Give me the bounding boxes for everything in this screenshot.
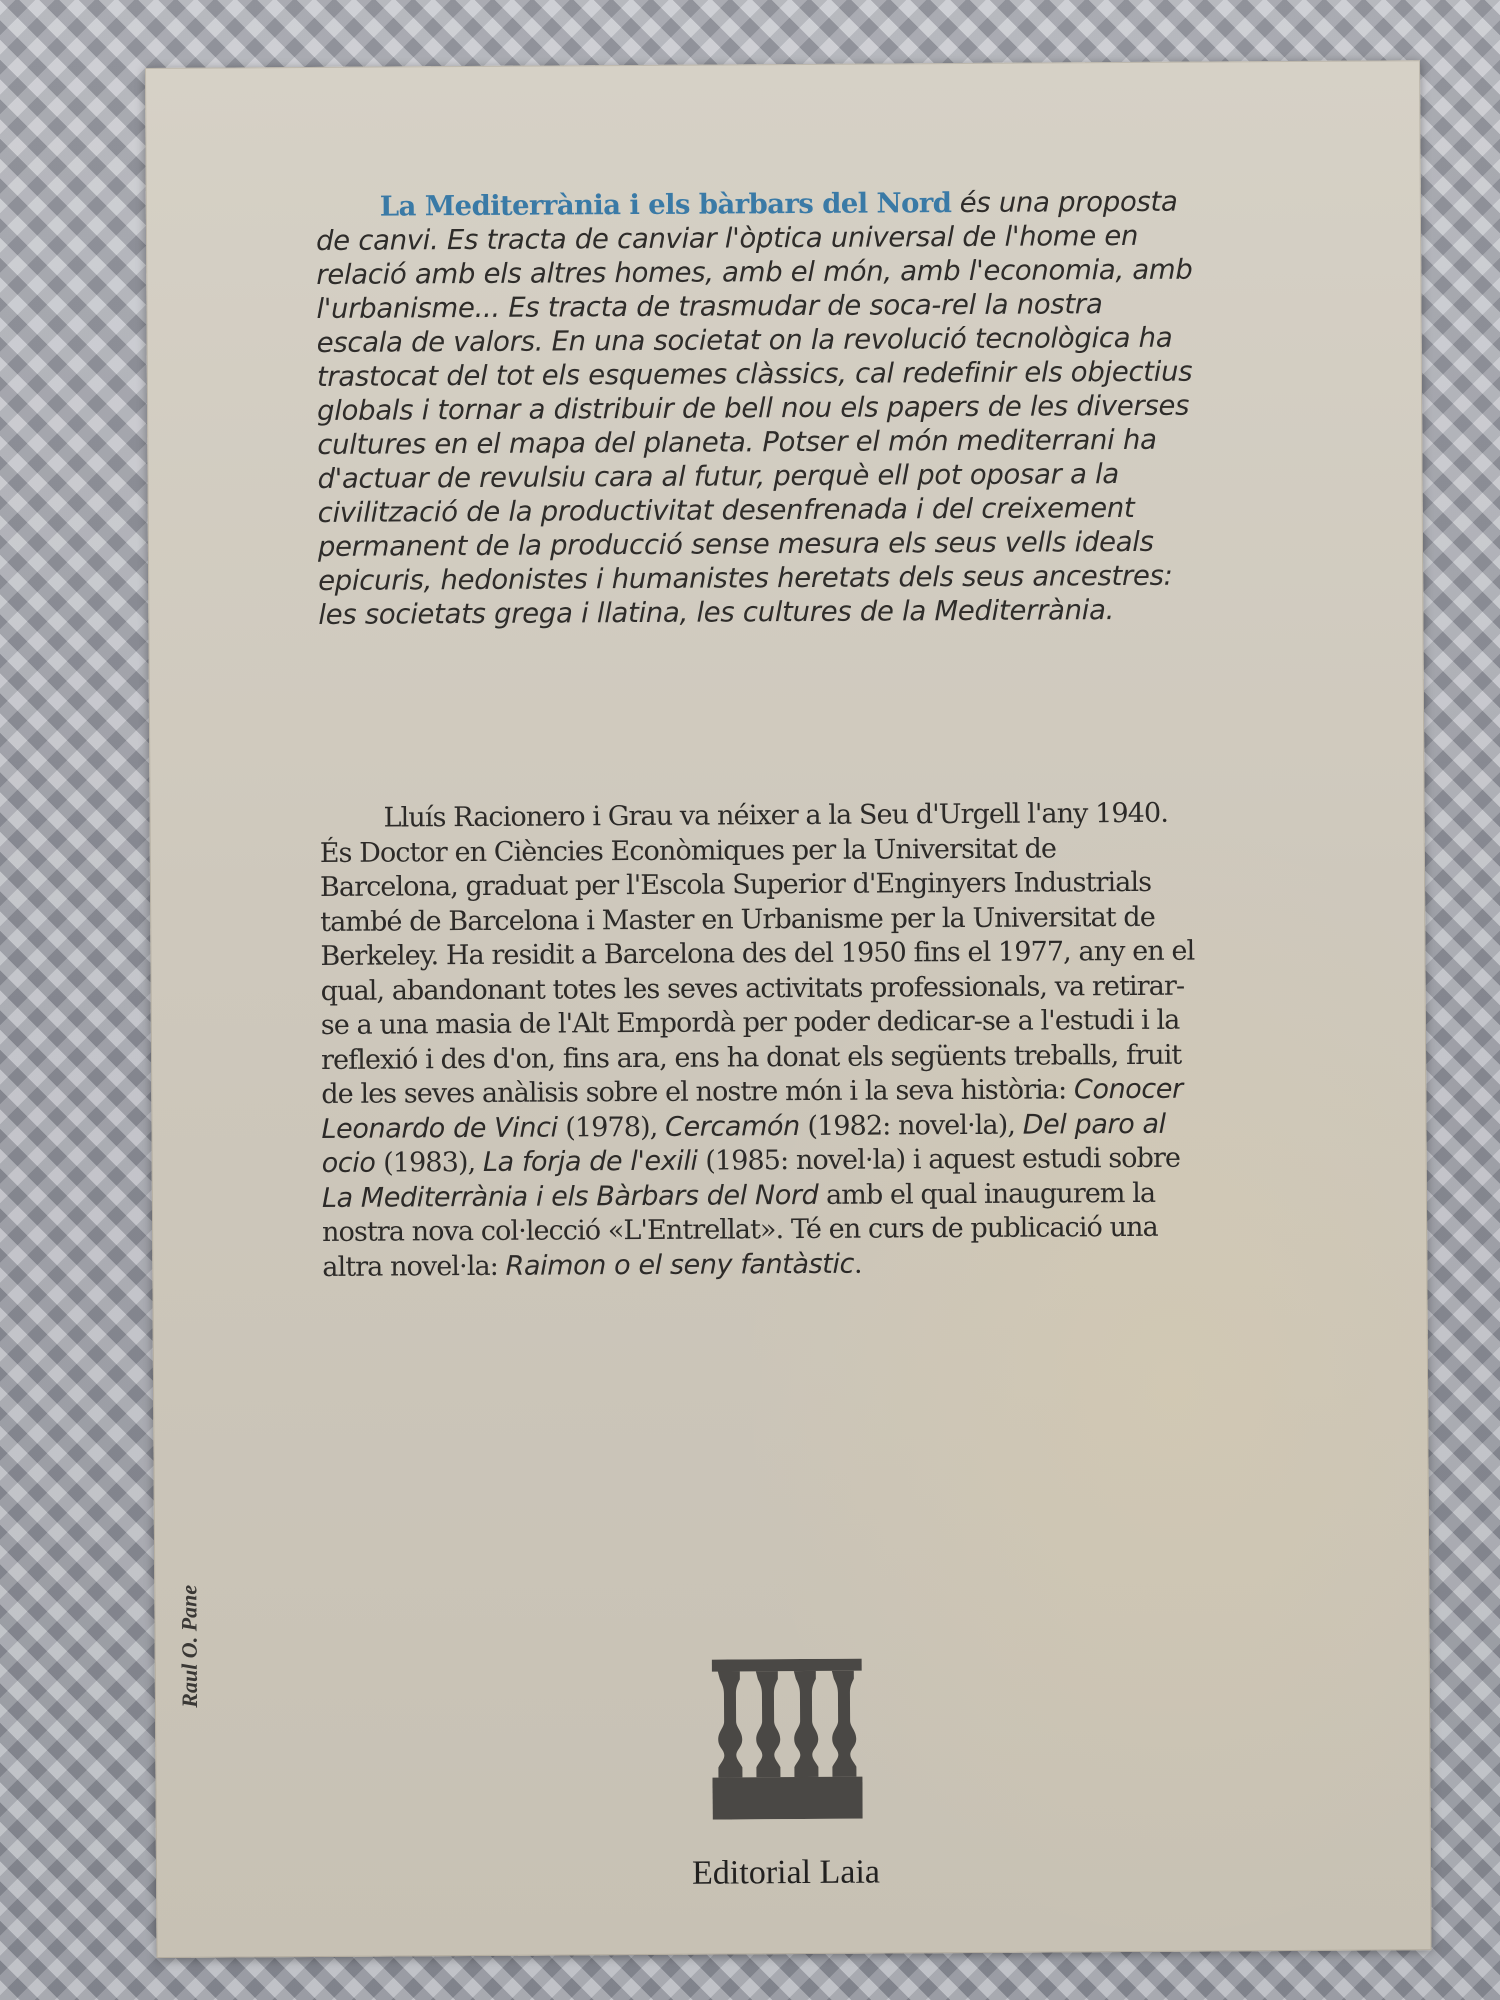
book-title: La Mediterrània i els bàrbars del Nord: [316, 187, 952, 223]
balustrade-icon: [712, 1659, 863, 1820]
blurb-text: és una proposta de canvi. Es tracta de c…: [316, 185, 1193, 630]
blurb-paragraph: La Mediterrània i els bàrbars del Nord é…: [316, 184, 1199, 631]
author-bio-paragraph: Lluís Racionero i Grau va néixer a la Se…: [319, 797, 1202, 1285]
bio-text: Lluís Racionero i Grau va néixer a la Se…: [320, 798, 1195, 1110]
cover-designer-credit: Raul O. Pane: [176, 1585, 203, 1708]
bio-work-title: La Mediterrània i els Bàrbars del Nord: [322, 1179, 819, 1213]
bio-work-title: Raimon o el seny fantàstic: [506, 1248, 855, 1281]
bio-work-title: La forja de l'exili: [483, 1146, 698, 1178]
bio-work-title: Cercamón: [665, 1111, 800, 1143]
book-back-cover: La Mediterrània i els bàrbars del Nord é…: [145, 60, 1432, 1958]
bio-text: .: [854, 1248, 862, 1279]
bio-text: (1985: novel·la) i aquest estudi sobre: [698, 1143, 1181, 1177]
publisher-name: Editorial Laia: [636, 1853, 936, 1893]
bio-text: (1978),: [558, 1111, 666, 1143]
bio-text: (1983),: [375, 1147, 483, 1179]
bio-text: (1982: novel·la),: [800, 1109, 1023, 1141]
